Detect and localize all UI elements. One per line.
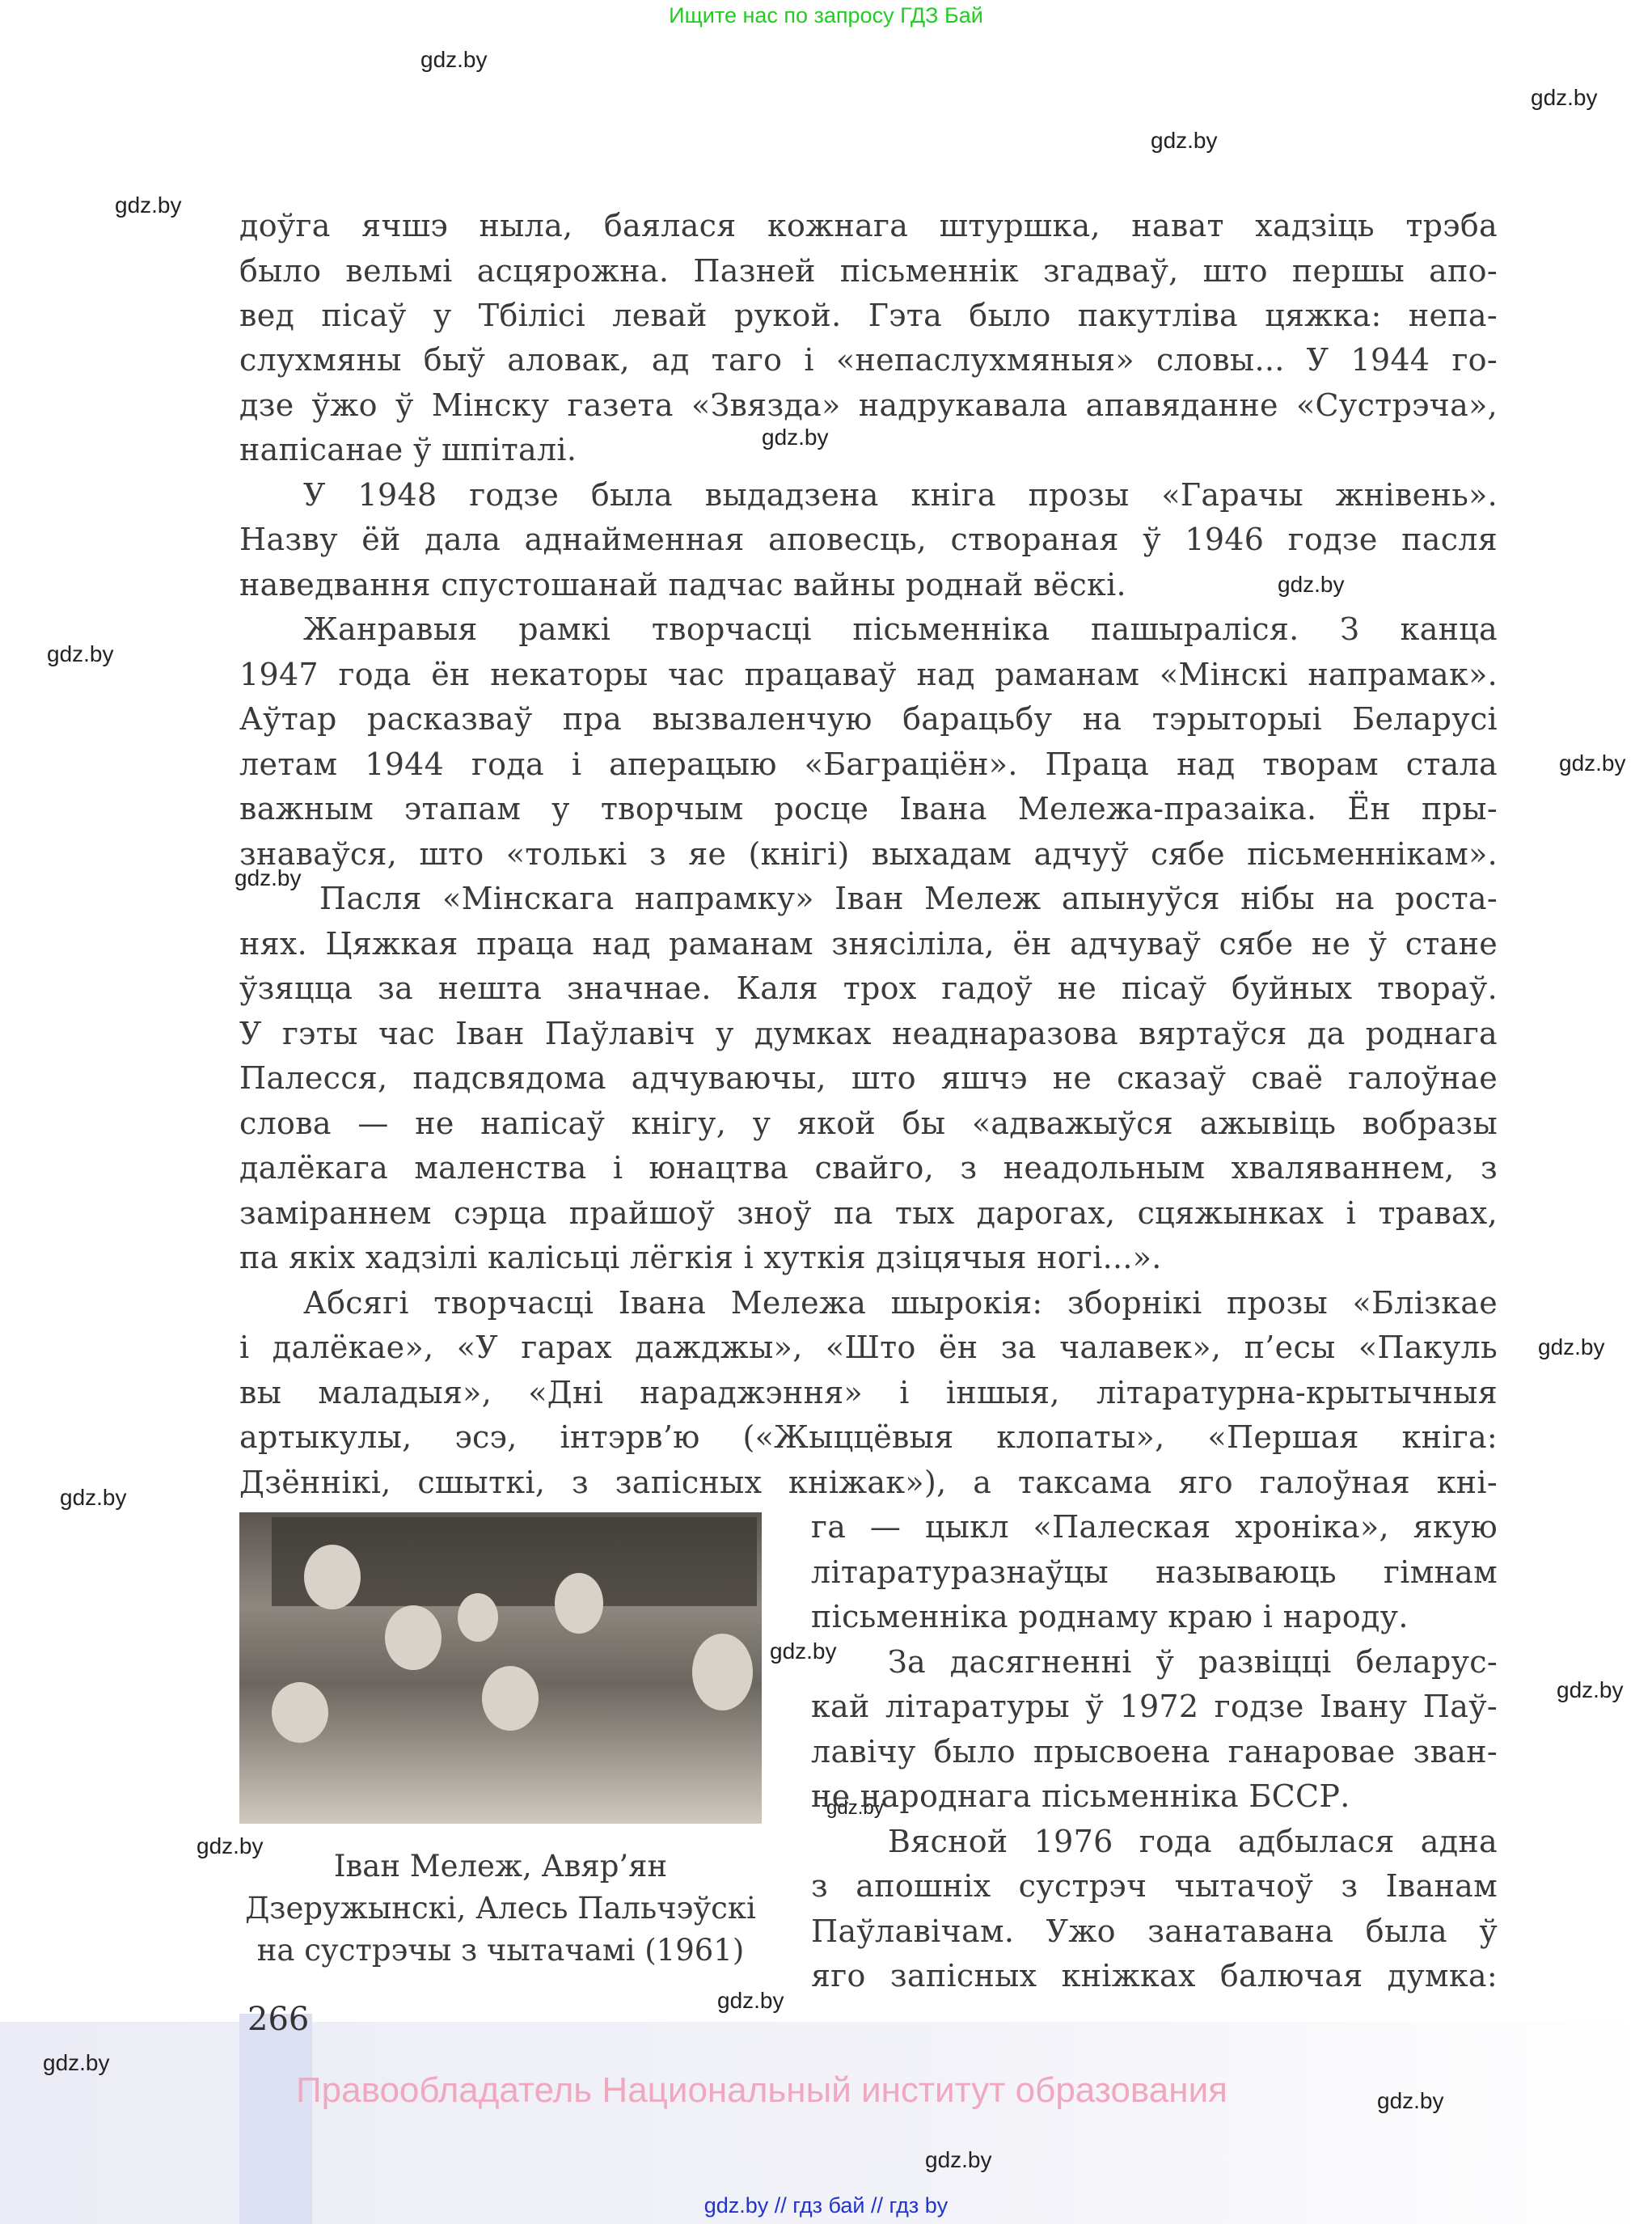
text-line: У 1948 годзе была выдадзена кніга прозы …: [303, 473, 1498, 518]
text-line: Дзённікі, сшыткі, з запісных кніжак»), а…: [239, 1461, 1498, 1505]
text-line: знаваўся, што «толькі з яе (кнігі) выхад…: [239, 832, 1498, 877]
photo-figure: [272, 1682, 328, 1743]
text-line: Пасля «Мінскага напрамку» Іван Мележ апы…: [319, 877, 1498, 921]
text-line: У гэты час Іван Паўлавіч у думках неадна…: [239, 1012, 1498, 1056]
watermark: gdz.by: [717, 1988, 784, 2014]
text-line: Назву ёй дала аднайменная аповесць, ство…: [239, 518, 1498, 562]
text-line: лавічу было прысвоена ганаровае зван-: [811, 1730, 1498, 1774]
text-line: летам 1944 года і аперацыю «Баграціён». …: [239, 742, 1498, 787]
text-line: За дасягненні ў развіцці беларус-: [888, 1640, 1498, 1685]
text-line: наведвання спустошанай падчас вайны родн…: [239, 563, 1498, 607]
text-line: дзе ўжо ў Мінску газета «Звязда» надрука…: [239, 383, 1498, 428]
text-line: га — цыкл «Палеская хроніка», якую: [811, 1505, 1498, 1550]
text-line: літаратуразнаўцы называюць гімнам: [811, 1550, 1498, 1595]
text-line: Паўлавічам. Ужо занатавана была ў: [811, 1909, 1498, 1954]
text-line: нях. Цяжкая праца над раманам знясіліла,…: [239, 922, 1498, 966]
text-line: Аўтар расказваў пра вызваленчую барацьбу…: [239, 697, 1498, 742]
watermark: gdz.by: [1151, 128, 1218, 154]
photo-caption-line: на сустрэчы з чытачамі (1961): [239, 1930, 762, 1972]
photo-figure: [458, 1593, 498, 1642]
watermark: gdz.by: [60, 1485, 127, 1511]
photo-figure: [692, 1634, 753, 1710]
text-line: ўзяцца за нешта значнае. Каля трох гадоў…: [239, 966, 1498, 1011]
page-number: 266: [247, 2001, 309, 2038]
watermark: gdz.by: [1538, 1334, 1605, 1360]
text-line: пісьменніка роднаму краю і народу.: [811, 1595, 1498, 1639]
watermark: gdz.by: [925, 2147, 992, 2173]
photo-caption-line: Іван Мележ, Авяр’ян: [239, 1846, 762, 1888]
text-line: з апошніх сустрэч чытачоў з Іванам: [811, 1864, 1498, 1909]
text-line: заміраннем сэрца прайшоў зноў па тых дар…: [239, 1191, 1498, 1236]
text-line: не народнага пісьменніка БССР.: [811, 1774, 1498, 1819]
text-line: артыкулы, эсэ, інтэрв’ю («Жыццёвыя клопа…: [239, 1415, 1498, 1460]
text-line: доўга ячшэ ныла, баялася кожнага штуршка…: [239, 204, 1498, 248]
photo-figure: [482, 1666, 539, 1731]
rights-holder-notice: Правообладатель Национальный институт об…: [296, 2070, 1227, 2111]
text-line: слухмяны быў аловак, ад таго і «непаслух…: [239, 338, 1498, 383]
text-line: Вясной 1976 года адбылася адна: [888, 1820, 1498, 1864]
watermark: gdz.by: [1377, 2088, 1444, 2114]
text-line: Абсягі творчасці Івана Мележа шырокія: з…: [303, 1281, 1498, 1326]
text-line: 1947 года ён некаторы час працаваў над р…: [239, 653, 1498, 697]
text-line: па якіх хадзілі калісьці лёгкія і хуткія…: [239, 1236, 1498, 1280]
text-line: напісанае ў шпіталі.: [239, 428, 1498, 472]
text-line: важным этапам у творчым росце Івана Меле…: [239, 787, 1498, 831]
watermark: gdz.by: [770, 1638, 837, 1664]
page-number-strip: [239, 2014, 312, 2224]
text-line: яго запісных кніжках балючая думка:: [811, 1954, 1498, 1998]
text-line: і далёкае», «У гарах дажджы», «Што ён за…: [239, 1326, 1498, 1370]
photo-figure: [304, 1545, 361, 1609]
watermark: gdz.by: [47, 641, 114, 667]
watermark: gdz.by: [115, 192, 182, 218]
photo-caption-line: Дзеружынскі, Алесь Пальчэўскі: [239, 1888, 762, 1930]
bottom-links[interactable]: gdz.by // гдз бай // гдз by: [0, 2193, 1652, 2218]
search-hint-banner: Ищите нас по запросу ГДЗ Бай: [0, 3, 1652, 28]
text-line: вед пісаў у Тбілісі левай рукой. Гэта бы…: [239, 294, 1498, 338]
watermark: gdz.by: [1559, 750, 1626, 776]
photo-figure: [555, 1573, 603, 1634]
text-line: вы маладыя», «Дні нараджэння» і іншыя, л…: [239, 1371, 1498, 1415]
watermark: gdz.by: [1557, 1677, 1624, 1703]
text-line: было вельмі асцярожна. Пазней пісьменнік…: [239, 249, 1498, 294]
photo-readers-meeting: [239, 1512, 762, 1824]
text-line: Жанравыя рамкі творчасці пісьменніка паш…: [303, 607, 1498, 652]
text-line: Палесся, падсвядома адчуваючы, што яшчэ …: [239, 1056, 1498, 1101]
watermark: gdz.by: [1531, 85, 1598, 111]
watermark: gdz.by: [420, 47, 488, 73]
watermark: gdz.by: [43, 2050, 110, 2076]
photo-figure: [385, 1605, 442, 1670]
text-line: слова — не напісаў кнігу, у якой бы «адв…: [239, 1101, 1498, 1146]
text-line: далёкага маленства і юнацтва свайго, з н…: [239, 1146, 1498, 1190]
text-line: кай літаратуры ў 1972 годзе Івану Паў-: [811, 1685, 1498, 1729]
